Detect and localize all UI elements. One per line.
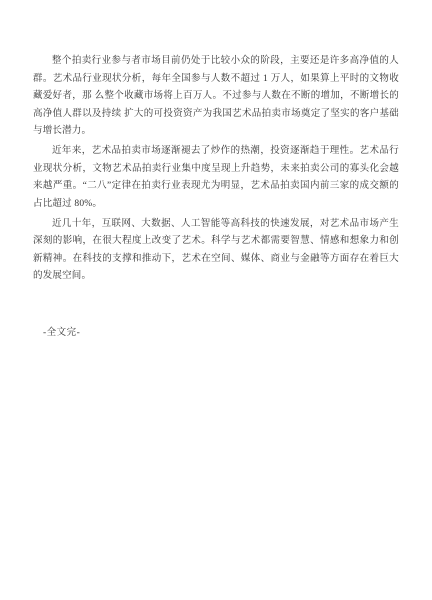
paragraph-2: 近年来，艺术品拍卖市场逐渐褪去了炒作的热潮，投资逐渐趋于理性。艺术品行业现状分析…: [33, 143, 399, 213]
paragraph-3: 近几十年，互联网、大数据、人工智能等高科技的快速发展，对艺术品市场产生深刻的影响…: [33, 216, 399, 286]
document-page: 整个拍卖行业参与者市场目前仍处于比较小众的阶段，主要还是许多高净值的人群。艺术品…: [0, 0, 432, 600]
document-body: 整个拍卖行业参与者市场目前仍处于比较小众的阶段，主要还是许多高净值的人群。艺术品…: [33, 53, 399, 340]
end-of-text-marker: -全文完-: [43, 326, 399, 340]
paragraph-1: 整个拍卖行业参与者市场目前仍处于比较小众的阶段，主要还是许多高净值的人群。艺术品…: [33, 53, 399, 141]
